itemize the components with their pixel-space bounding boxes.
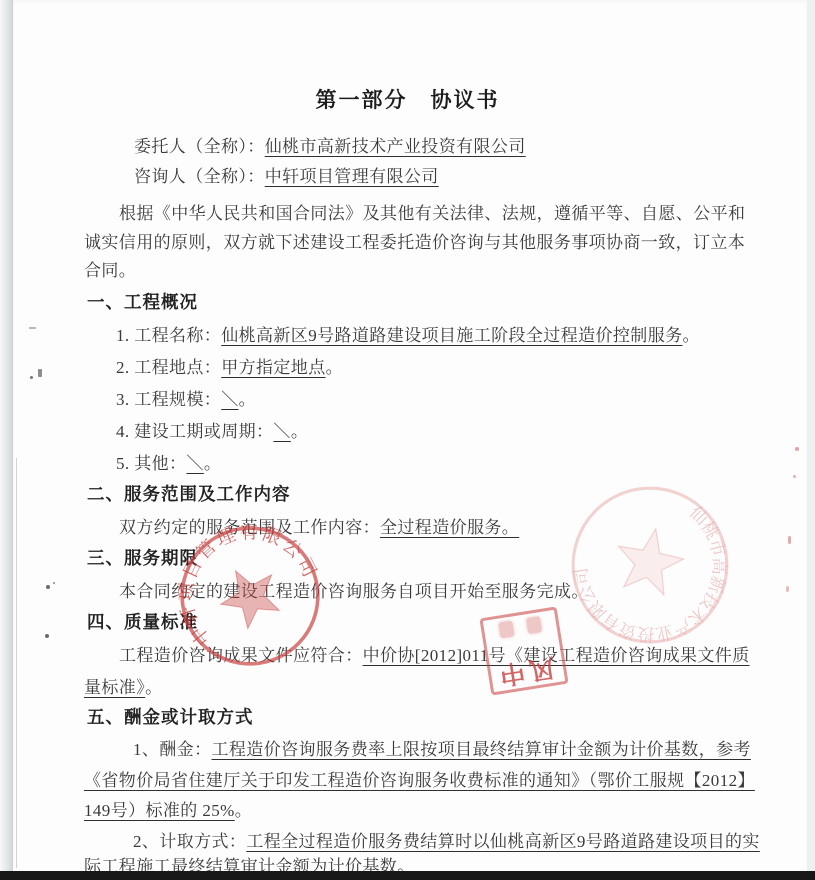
quality-value-2: 量标准》 (84, 678, 145, 697)
scan-bottom-edge (0, 871, 815, 880)
party-consultant-line: 咨询人（全称）：中轩项目管理有限公司 (134, 162, 439, 187)
party-client-label: 委托人（全称）： (134, 137, 265, 156)
scan-left-edge (0, 0, 13, 880)
stamp-ink-speck (793, 475, 796, 478)
item-suffix: 。 (683, 326, 700, 345)
item-suffix: 。 (326, 358, 343, 377)
scope-value: 全过程造价服务。 (380, 518, 519, 537)
party-client-line: 委托人（全称）：仙桃市高新技术产业投资有限公司 (134, 132, 526, 157)
item-label: 1. 工程名称： (116, 326, 221, 345)
remuneration-label: 1、酬金： (133, 740, 212, 759)
item-project-duration: 4. 建设工期或周期：＼。 (116, 417, 308, 442)
stamp-smudge (526, 616, 542, 634)
item-value: ＼ (273, 422, 290, 441)
stamp-ink-speck (788, 536, 791, 544)
item-label: 3. 工程规模： (116, 390, 221, 409)
quality-suffix: 。 (145, 678, 162, 697)
remuneration-line-2: 《省物价局省住建厅关于印发工程造价咨询服务收费标准的通知》（鄂价工服规【2012… (84, 766, 755, 791)
party-consultant-value: 中轩项目管理有限公司 (265, 167, 439, 186)
square-stamp-faint-marks (498, 616, 542, 638)
section-heading-term: 三、服务期限 (87, 545, 198, 570)
remuneration-value-1: 工程造价咨询服务费率上限按项目最终结算审计金额为计价基数，参考 (212, 740, 751, 759)
item-label: 5. 其他： (116, 454, 186, 473)
calculation-label: 2、计取方式： (133, 832, 246, 851)
scan-speck (53, 582, 55, 584)
remuneration-value-2: 《省物价局省住建厅关于印发工程造价咨询服务收费标准的通知》（鄂价工服规【2012… (84, 771, 755, 790)
item-value: 甲方指定地点 (221, 358, 325, 377)
party-consultant-label: 咨询人（全称）： (134, 167, 265, 186)
section-heading-remuneration: 五、酬金或计取方式 (87, 704, 254, 729)
scan-speck (46, 585, 50, 589)
quality-line-2: 量标准》。 (84, 673, 163, 698)
preamble-line-2: 诚实信用的原则，双方就下述建设工程委托造价咨询与其他服务事项协商一致，订立本 (84, 228, 745, 253)
item-project-other: 5. 其他：＼。 (116, 449, 221, 474)
scope-body-line: 双方约定的服务范围及工作内容：全过程造价服务。 (119, 513, 519, 538)
scan-speck (29, 327, 36, 329)
section-heading-overview: 一、工程概况 (87, 289, 198, 314)
item-value: ＼ (186, 454, 203, 473)
square-stamp: 风中 (479, 606, 568, 695)
remuneration-line-1: 1、酬金：工程造价咨询服务费率上限按项目最终结算审计金额为计价基数，参考 (133, 735, 751, 760)
term-body-line: 本合同约定的建设工程造价咨询服务自项目开始至服务完成。 (119, 577, 589, 602)
item-value: ＼ (221, 390, 238, 409)
stamp-ink-speck (786, 586, 789, 592)
remuneration-line-3: 149号）标准的 25%。 (84, 796, 252, 821)
remuneration-suffix: 。 (235, 801, 252, 820)
scan-speck (30, 376, 33, 379)
scope-label: 双方约定的服务范围及工作内容： (119, 518, 380, 537)
scan-fold-line (16, 458, 17, 868)
item-label: 4. 建设工期或周期： (116, 422, 273, 441)
quality-label: 工程造价咨询成果文件应符合： (119, 646, 363, 665)
item-project-scale: 3. 工程规模：＼。 (116, 385, 256, 410)
item-value: 仙桃高新区9号路道路建设项目施工阶段全过程造价控制服务 (221, 326, 682, 345)
party-client-value: 仙桃市高新技术产业投资有限公司 (265, 137, 526, 156)
item-suffix: 。 (239, 390, 256, 409)
preamble-line-1: 根据《中华人民共和国合同法》及其他有关法律、法规，遵循平等、自愿、公平和 (119, 199, 745, 224)
section-heading-quality: 四、质量标准 (87, 609, 198, 634)
calculation-line-1: 2、计取方式：工程全过程造价服务费结算时以仙桃高新区9号路道路建设项目的实 (133, 827, 760, 852)
item-suffix: 。 (291, 422, 308, 441)
item-project-name: 1. 工程名称：仙桃高新区9号路道路建设项目施工阶段全过程造价控制服务。 (116, 321, 700, 346)
scan-speck (45, 634, 49, 638)
item-project-location: 2. 工程地点：甲方指定地点。 (116, 353, 343, 378)
quality-line-1: 工程造价咨询成果文件应符合：中价协[2012]011号《建设工程造价咨询成果文件… (119, 641, 750, 666)
square-stamp-text: 风中 (493, 654, 556, 688)
item-suffix: 。 (204, 454, 221, 473)
scanned-contract-page: 第一部分 协议书 委托人（全称）：仙桃市高新技术产业投资有限公司 咨询人（全称）… (0, 0, 815, 880)
preamble-line-3: 合同。 (84, 256, 136, 281)
remuneration-value-3: 149号）标准的 25% (84, 801, 235, 820)
calculation-value-1: 工程全过程造价服务费结算时以仙桃高新区9号路道路建设项目的实 (246, 832, 760, 851)
stamp-smudge (498, 620, 514, 638)
stamp-ink-speck (795, 447, 799, 451)
section-heading-scope: 二、服务范围及工作内容 (87, 481, 291, 506)
doc-title: 第一部分 协议书 (0, 84, 815, 114)
scan-right-edge (807, 0, 815, 880)
item-label: 2. 工程地点： (116, 358, 221, 377)
scan-speck (38, 369, 42, 377)
